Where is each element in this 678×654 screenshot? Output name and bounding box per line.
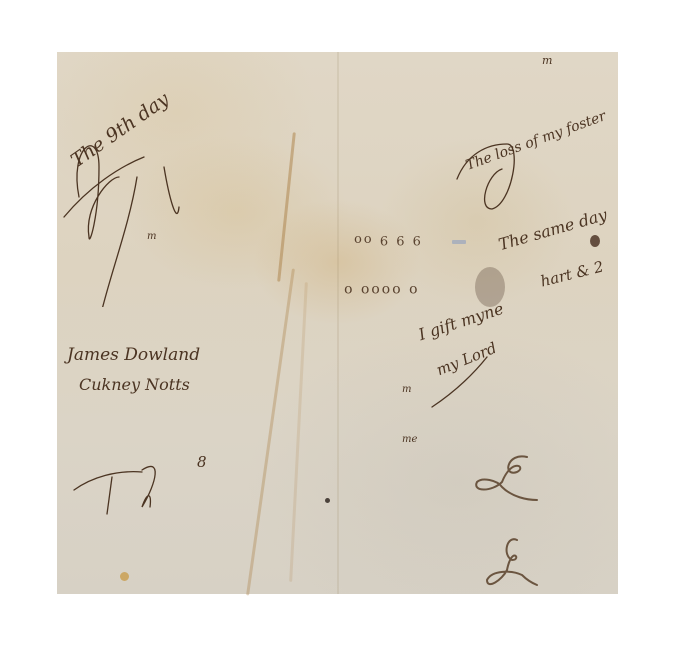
water-stain-crease	[246, 268, 295, 595]
annotation-mark-8: 8	[197, 455, 207, 470]
flourish-l-symbol-2	[482, 535, 552, 595]
inverted-text-line-1: 9 9 9 oo	[352, 233, 421, 246]
flourish-l-symbol-1	[472, 452, 542, 512]
annotation-hart: hart & 2	[539, 259, 605, 289]
water-stain-crease	[277, 132, 296, 281]
annotation-i-gift-myne: I gift myne	[417, 301, 506, 343]
tape-fragment	[452, 240, 466, 244]
spot	[325, 498, 330, 503]
manuscript-sheet: The 9th day m The loss of my foster m Th…	[57, 52, 618, 594]
ink-blot	[590, 235, 600, 247]
flourish-my-lord	[427, 352, 507, 412]
annotation-mark-m-right: m	[402, 385, 411, 395]
flourish-th-initials	[72, 452, 192, 522]
signature-place: Cukney Notts	[79, 377, 190, 393]
annotation-mark-m-top: m	[542, 55, 552, 66]
spot	[120, 572, 129, 581]
annotation-me: me	[402, 435, 417, 445]
inverted-text-line-2: o oooo o	[342, 283, 417, 297]
annotation-mark-m: m	[147, 232, 156, 242]
flourish-loss-of-foster	[447, 114, 547, 224]
fold-line	[337, 52, 339, 594]
water-stain-crease	[289, 282, 308, 582]
signature-name: James Dowland	[67, 347, 200, 364]
